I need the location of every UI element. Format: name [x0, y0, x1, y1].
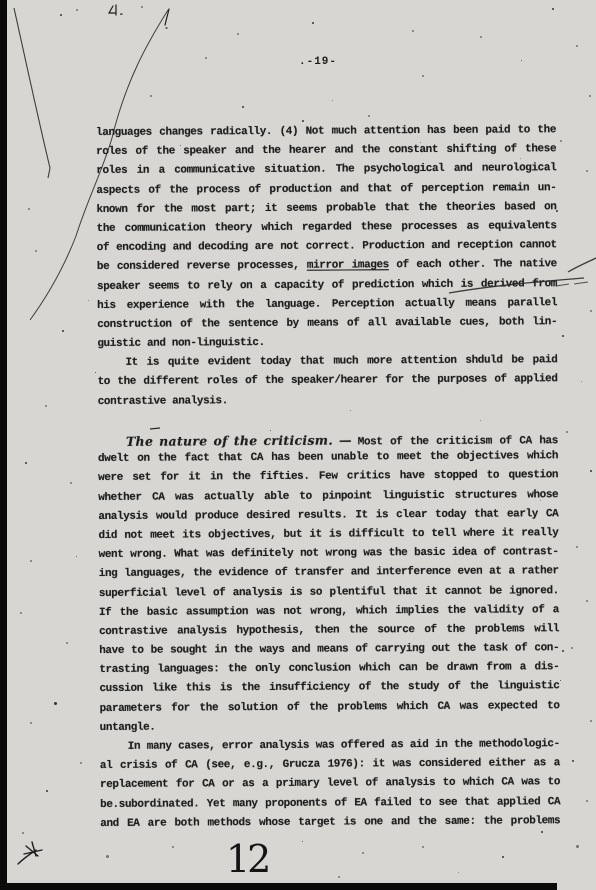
dust-speck: [576, 45, 578, 47]
dust-speck: [422, 75, 424, 77]
dust-speck: [480, 36, 482, 38]
dust-speck: [76, 9, 78, 11]
dust-speck: [312, 22, 314, 24]
scanned-page: .-19- languages changes radically. (4) N…: [0, 0, 596, 890]
dust-speck: [95, 372, 96, 373]
dust-speck: [338, 876, 340, 878]
text-segment: untangle.: [100, 721, 156, 733]
script-phrase: The nature of the criticism. —: [126, 432, 358, 448]
dust-speck: [66, 642, 68, 644]
text-line: and EA are both methods whose target is …: [100, 815, 560, 837]
text-segment: did not meet its objectives, but it is d…: [98, 527, 558, 542]
scratch-line-left: [14, 8, 50, 178]
ink-squiggle-bottom-left: [18, 842, 42, 864]
dust-speck: [205, 57, 207, 59]
dust-speck: [556, 210, 558, 212]
dust-speck: [35, 250, 37, 252]
text-segment: have to be sought in the ways and means …: [99, 642, 559, 657]
dust-speck: [141, 6, 143, 8]
text-segment: trasting languages: the only conclusion …: [99, 661, 559, 676]
dust-speck: [242, 106, 244, 108]
text-segment: guistic and non-linguistic.: [97, 337, 265, 350]
text-segment: analysis would produce desired results. …: [98, 508, 558, 523]
text-segment: of encoding and decoding are not correct…: [97, 239, 557, 254]
dust-speck: [566, 431, 568, 433]
text-segment: were set for it in the fifties. Few crit…: [98, 470, 558, 485]
dust-speck: [480, 420, 481, 421]
text-segment: In many cases, error analysis was offere…: [128, 738, 560, 753]
text-segment: If the basic assumption was not wrong, w…: [99, 604, 559, 619]
dust-speck: [572, 760, 574, 762]
dust-speck: [362, 852, 364, 854]
dust-speck: [540, 500, 541, 501]
dust-speck: [521, 60, 522, 61]
text-segment: to the different roles of the speaker/he…: [98, 374, 558, 389]
dust-speck: [368, 115, 370, 117]
dust-speck: [180, 145, 181, 146]
page-header-number: .-19-: [299, 56, 337, 68]
dust-speck: [458, 872, 459, 873]
dust-speck: [541, 831, 543, 833]
dust-speck: [25, 462, 27, 464]
text-segment: parameters for the solution of the probl…: [100, 700, 560, 715]
text-segment: roles in a communicative situation. The …: [96, 163, 556, 178]
dust-speck: [30, 560, 32, 562]
dust-speck: [120, 14, 121, 15]
dust-speck: [60, 14, 62, 16]
dust-speck: [70, 482, 72, 484]
text-segment: languages changes radically. (4) Not muc…: [96, 124, 556, 139]
text-segment: al crisis of CA (see, e.g., Grucza 1976)…: [100, 757, 560, 772]
dust-speck: [562, 650, 564, 652]
dust-speck: [62, 330, 64, 332]
dust-speck: [302, 841, 303, 842]
dust-speck: [581, 381, 582, 382]
dust-speck: [502, 856, 504, 858]
underlined-phrase: mirror images: [307, 260, 389, 273]
dust-speck: [30, 722, 32, 724]
dust-speck: [270, 430, 271, 431]
text-segment: known for the most part; it seems probab…: [96, 201, 556, 216]
text-segment: speaker seems to rely on a capacity of p…: [97, 278, 557, 293]
text-segment: It is quite evident today that much more…: [125, 354, 557, 369]
text-segment: dwelt on the fact that CA has been unabl…: [98, 450, 558, 465]
dust-speck: [590, 720, 592, 722]
dust-speck: [420, 142, 421, 143]
text-segment: cussion like this is the insufficiency o…: [99, 681, 559, 696]
dust-speck: [562, 335, 564, 337]
dust-speck: [560, 140, 562, 142]
text-segment: ing languages, the evidence of transfer …: [99, 565, 559, 580]
dust-speck: [106, 855, 109, 858]
text-segment: replacement for CA or as a primary level…: [100, 777, 560, 792]
dust-speck: [590, 310, 592, 312]
dust-speck: [46, 790, 48, 792]
dust-speck: [172, 846, 174, 848]
dust-speck: [45, 405, 47, 407]
dust-speck: [20, 612, 22, 614]
text-segment: and EA are both methods whose target is …: [100, 815, 560, 830]
scan-edge-left: [0, 0, 7, 890]
dust-speck: [586, 600, 588, 602]
dust-speck: [54, 702, 57, 705]
dust-speck: [80, 762, 82, 764]
typewritten-text: languages changes radically. (4) Not muc…: [96, 124, 560, 837]
dust-speck: [302, 120, 304, 122]
dust-speck: [22, 832, 24, 834]
dust-speck: [332, 100, 333, 101]
text-segment: Most of the criticism of CA has: [358, 435, 558, 448]
scan-edge-bottom: [6, 883, 557, 890]
text-segment: superficial level of analysis is so plen…: [99, 585, 559, 600]
dust-speck: [576, 845, 579, 848]
dust-speck: [589, 95, 591, 97]
text-segment: contrastive analysis hypothesis, then th…: [99, 623, 559, 638]
text-segment: whether CA was actually able to pinpoint…: [98, 489, 558, 504]
dust-speck: [350, 410, 351, 411]
dust-speck: [422, 846, 424, 848]
text-segment: aspects of the process of production and…: [96, 182, 556, 197]
dust-speck: [237, 33, 239, 35]
dust-speck: [571, 647, 573, 649]
dust-speck: [28, 208, 30, 210]
dust-speck: [590, 470, 592, 472]
dust-speck: [100, 650, 101, 651]
text-segment: be considered reverse processes,: [97, 260, 307, 273]
text-segment: of each other. The native: [389, 259, 557, 272]
dust-speck: [412, 30, 414, 32]
dust-speck: [150, 95, 152, 97]
text-segment: be.subordinated. Yet many proponents of …: [100, 796, 560, 811]
text-segment: went wrong. What was definitely not wron…: [99, 546, 559, 561]
pen-mark-dashes: [556, 282, 588, 286]
dust-speck: [88, 300, 89, 301]
text-segment: contrastive analysis.: [98, 395, 228, 408]
page-stamp-number: 12: [226, 840, 268, 878]
text-segment: construction of the sentence by means of…: [97, 316, 557, 331]
dust-speck: [560, 680, 561, 681]
stray-mark-tick: [165, 9, 169, 28]
dust-speck: [552, 8, 554, 10]
dust-speck: [76, 556, 77, 557]
text-segment: the communication theory which regarded …: [97, 220, 557, 235]
dust-speck: [576, 546, 578, 548]
dust-speck: [586, 800, 588, 802]
dust-speck: [586, 170, 588, 172]
text-segment: his experience with the language. Percep…: [97, 297, 557, 312]
text-segment: roles of the speaker and the hearer and …: [96, 143, 556, 158]
dust-speck: [520, 158, 521, 159]
